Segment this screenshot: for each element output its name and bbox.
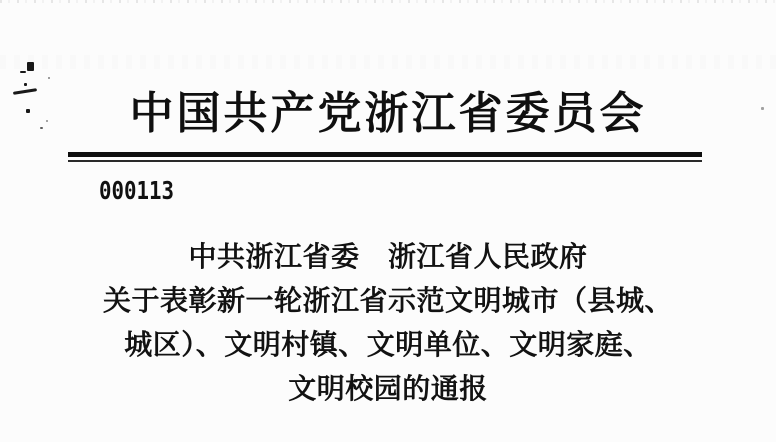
letterhead-title: 中国共产党浙江省委员会 <box>0 88 776 140</box>
ink-speck <box>48 77 50 79</box>
document-title-line-3: 城区）、文明村镇、文明单位、文明家庭、 <box>0 324 776 368</box>
scan-noise-band <box>0 55 776 69</box>
ink-speck <box>27 62 34 71</box>
serial-number: 000113 <box>99 178 174 203</box>
letterhead-divider-thin-line <box>68 160 702 162</box>
scan-noise-strip <box>0 0 776 3</box>
letterhead-divider-thick-line <box>68 152 702 157</box>
ink-speck <box>20 71 26 73</box>
document-title-line-1: 中共浙江省委 浙江省人民政府 <box>0 236 776 280</box>
document-title-block: 中共浙江省委 浙江省人民政府 关于表彰新一轮浙江省示范文明城市（县城、 城区）、… <box>0 236 776 412</box>
scanned-document-page: 中国共产党浙江省委员会 000113 中共浙江省委 浙江省人民政府 关于表彰新一… <box>0 0 776 442</box>
document-title-line-4: 文明校园的通报 <box>0 368 776 412</box>
document-title-line-2: 关于表彰新一轮浙江省示范文明城市（县城、 <box>0 280 776 324</box>
ink-speck <box>24 83 27 86</box>
